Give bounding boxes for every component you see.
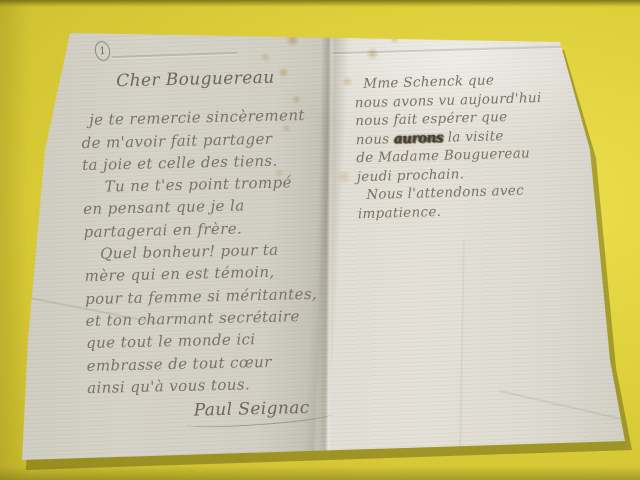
- foxing-spot: [260, 52, 271, 63]
- page-number-annotation: 1: [93, 40, 112, 63]
- crease-line: [459, 240, 465, 455]
- foxing-spot: [366, 47, 379, 60]
- page-number-text: 1: [98, 45, 107, 57]
- correction-post: la visite: [443, 128, 504, 146]
- overwritten-word: aurons: [394, 129, 444, 146]
- left-page-text: Cher Bouguereau je te remercie sincèreme…: [80, 65, 356, 429]
- salutation: Cher Bouguereau: [116, 65, 348, 93]
- correction-pre: nous: [356, 131, 395, 148]
- letter-paper: 1 Cher Bouguereau je te remercie sincère…: [0, 0, 640, 480]
- crease-line: [499, 390, 621, 420]
- crease-line: [112, 52, 237, 58]
- right-page-text: Mme Schenck que nous avons vu aujourd'hu…: [354, 69, 590, 223]
